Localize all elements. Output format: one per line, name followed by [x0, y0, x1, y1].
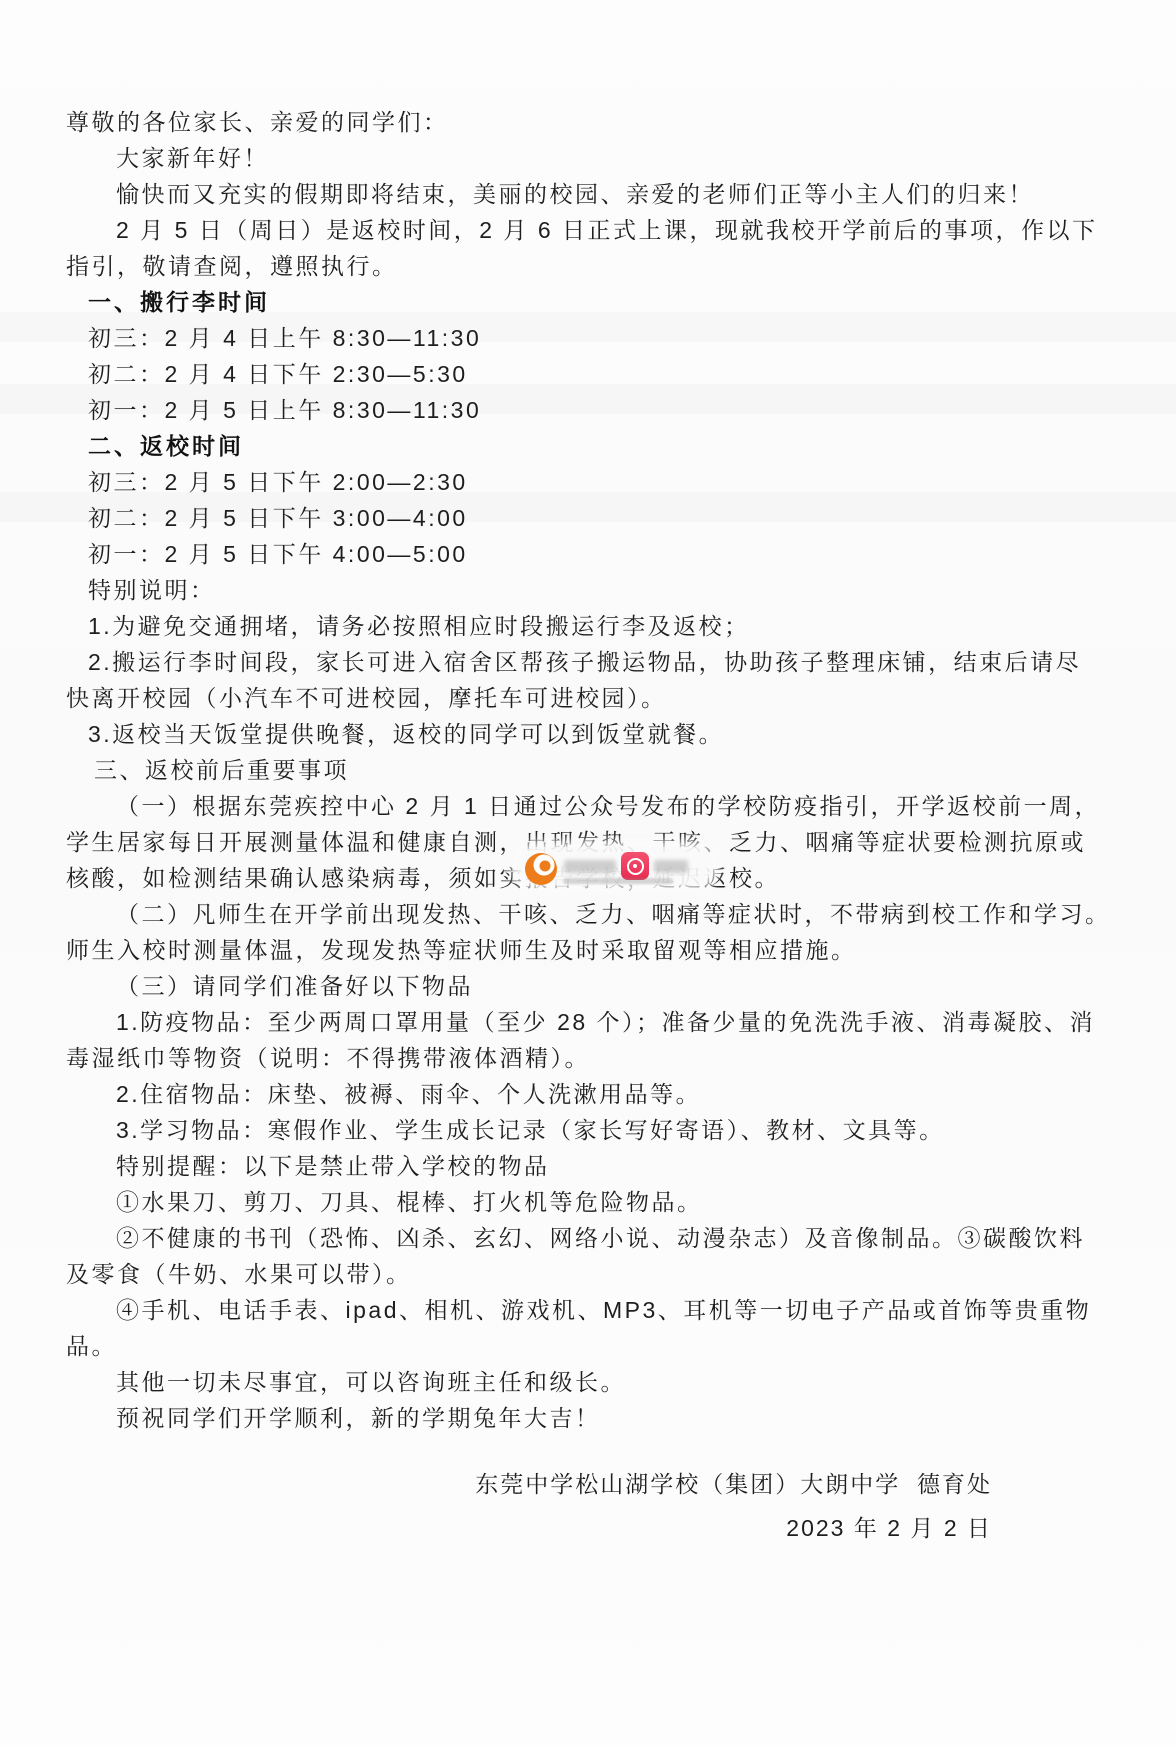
orange-swirl-logo-icon — [523, 851, 559, 887]
repost-watermark — [517, 847, 713, 885]
closing-line: 其他一切未尽事宜，可以咨询班主任和级长。 — [66, 1364, 1118, 1400]
schedule-line: 初一：2 月 5 日下午 4:00—5:00 — [66, 536, 1118, 572]
supply-line: 3.学习物品：寒假作业、学生成长记录（家长写好寄语）、教材、文具等。 — [66, 1112, 1118, 1148]
salutation: 尊敬的各位家长、亲爱的同学们： — [66, 104, 1118, 140]
supply-line: 2.住宿物品：床垫、被褥、雨伞、个人洗漱用品等。 — [66, 1076, 1118, 1112]
banned-line: ④手机、电话手表、ipad、相机、游戏机、MP3、耳机等一切电子产品或首饰等贵重… — [66, 1292, 1118, 1328]
intro-line: 指引，敬请查阅，遵照执行。 — [66, 248, 1118, 284]
note-line: 快离开校园（小汽车不可进校园，摩托车可进校园）。 — [66, 680, 1118, 716]
blurred-watermark-text — [564, 860, 616, 873]
blurred-watermark-text — [654, 860, 688, 873]
notice-document: 尊敬的各位家长、亲爱的同学们： 大家新年好！ 愉快而又充实的假期即将结束，美丽的… — [0, 0, 1176, 1550]
body-line: （三）请同学们准备好以下物品 — [66, 968, 1118, 1004]
intro-line: 愉快而又充实的假期即将结束，美丽的校园、亲爱的老师们正等小主人们的归来！ — [66, 176, 1118, 212]
note-line: 2.搬运行李时间段，家长可进入宿舍区帮孩子搬运物品，协助孩子整理床铺，结束后请尽 — [66, 644, 1118, 680]
banned-line: ①水果刀、剪刀、刀具、棍棒、打火机等危险物品。 — [66, 1184, 1118, 1220]
supply-line: 1.防疫物品：至少两周口罩用量（至少 28 个）；准备少量的免洗洗手液、消毒凝胶… — [66, 1004, 1118, 1040]
schedule-line: 初三：2 月 5 日下午 2:00—2:30 — [66, 464, 1118, 500]
body-line: 师生入校时测量体温，发现发热等症状师生及时采取留观等相应措施。 — [66, 932, 1118, 968]
supply-line: 毒湿纸巾等物资（说明：不得携带液体酒精）。 — [66, 1040, 1118, 1076]
banned-line: 品。 — [66, 1328, 1118, 1364]
note-line: 1.为避免交通拥堵，请务必按照相应时段搬运行李及返校； — [66, 608, 1118, 644]
schedule-line: 初二：2 月 5 日下午 3:00—4:00 — [66, 500, 1118, 536]
intro-line: 2 月 5 日（周日）是返校时间，2 月 6 日正式上课，现就我校开学前后的事项… — [66, 212, 1118, 248]
banned-line: 及零食（牛奶、水果可以带）。 — [66, 1256, 1118, 1292]
blurred-watermark-subtext — [563, 878, 673, 884]
body-line: （二）凡师生在开学前出现发热、干咳、乏力、咽痛等症状时，不带病到校工作和学习。 — [66, 896, 1118, 932]
section2-heading: 二、返校时间 — [66, 428, 1118, 464]
schedule-line: 初一：2 月 5 日上午 8:30—11:30 — [66, 392, 1118, 428]
section3-heading: 三、返校前后重要事项 — [66, 752, 1118, 788]
closing-line: 预祝同学们开学顺利，新的学期兔年大吉！ — [66, 1400, 1118, 1436]
notice-page: 尊敬的各位家长、亲爱的同学们： 大家新年好！ 愉快而又充实的假期即将结束，美丽的… — [0, 0, 1176, 1745]
signature-block: 东莞中学松山湖学校（集团）大朗中学 德育处 2023 年 2 月 2 日 — [66, 1462, 1118, 1550]
schedule-line: 初三：2 月 4 日上午 8:30—11:30 — [66, 320, 1118, 356]
section1-heading: 一、搬行李时间 — [66, 284, 1118, 320]
banned-line: ②不健康的书刊（恐怖、凶杀、玄幻、网络小说、动漫杂志）及音像制品。③碳酸饮料 — [66, 1220, 1118, 1256]
reminder-heading: 特别提醒：以下是禁止带入学校的物品 — [66, 1148, 1118, 1184]
note-line: 3.返校当天饭堂提供晚餐，返校的同学可以到饭堂就餐。 — [66, 716, 1118, 752]
schedule-line: 初二：2 月 4 日下午 2:30—5:30 — [66, 356, 1118, 392]
greeting-line: 大家新年好！ — [66, 140, 1118, 176]
body-line: （一）根据东莞疾控中心 2 月 1 日通过公众号发布的学校防疫指引，开学返校前一… — [66, 788, 1118, 824]
notes-heading: 特别说明： — [66, 572, 1118, 608]
date-line: 2023 年 2 月 2 日 — [66, 1506, 992, 1550]
red-lens-app-icon — [621, 852, 649, 880]
signature-line: 东莞中学松山湖学校（集团）大朗中学 德育处 — [66, 1462, 992, 1506]
